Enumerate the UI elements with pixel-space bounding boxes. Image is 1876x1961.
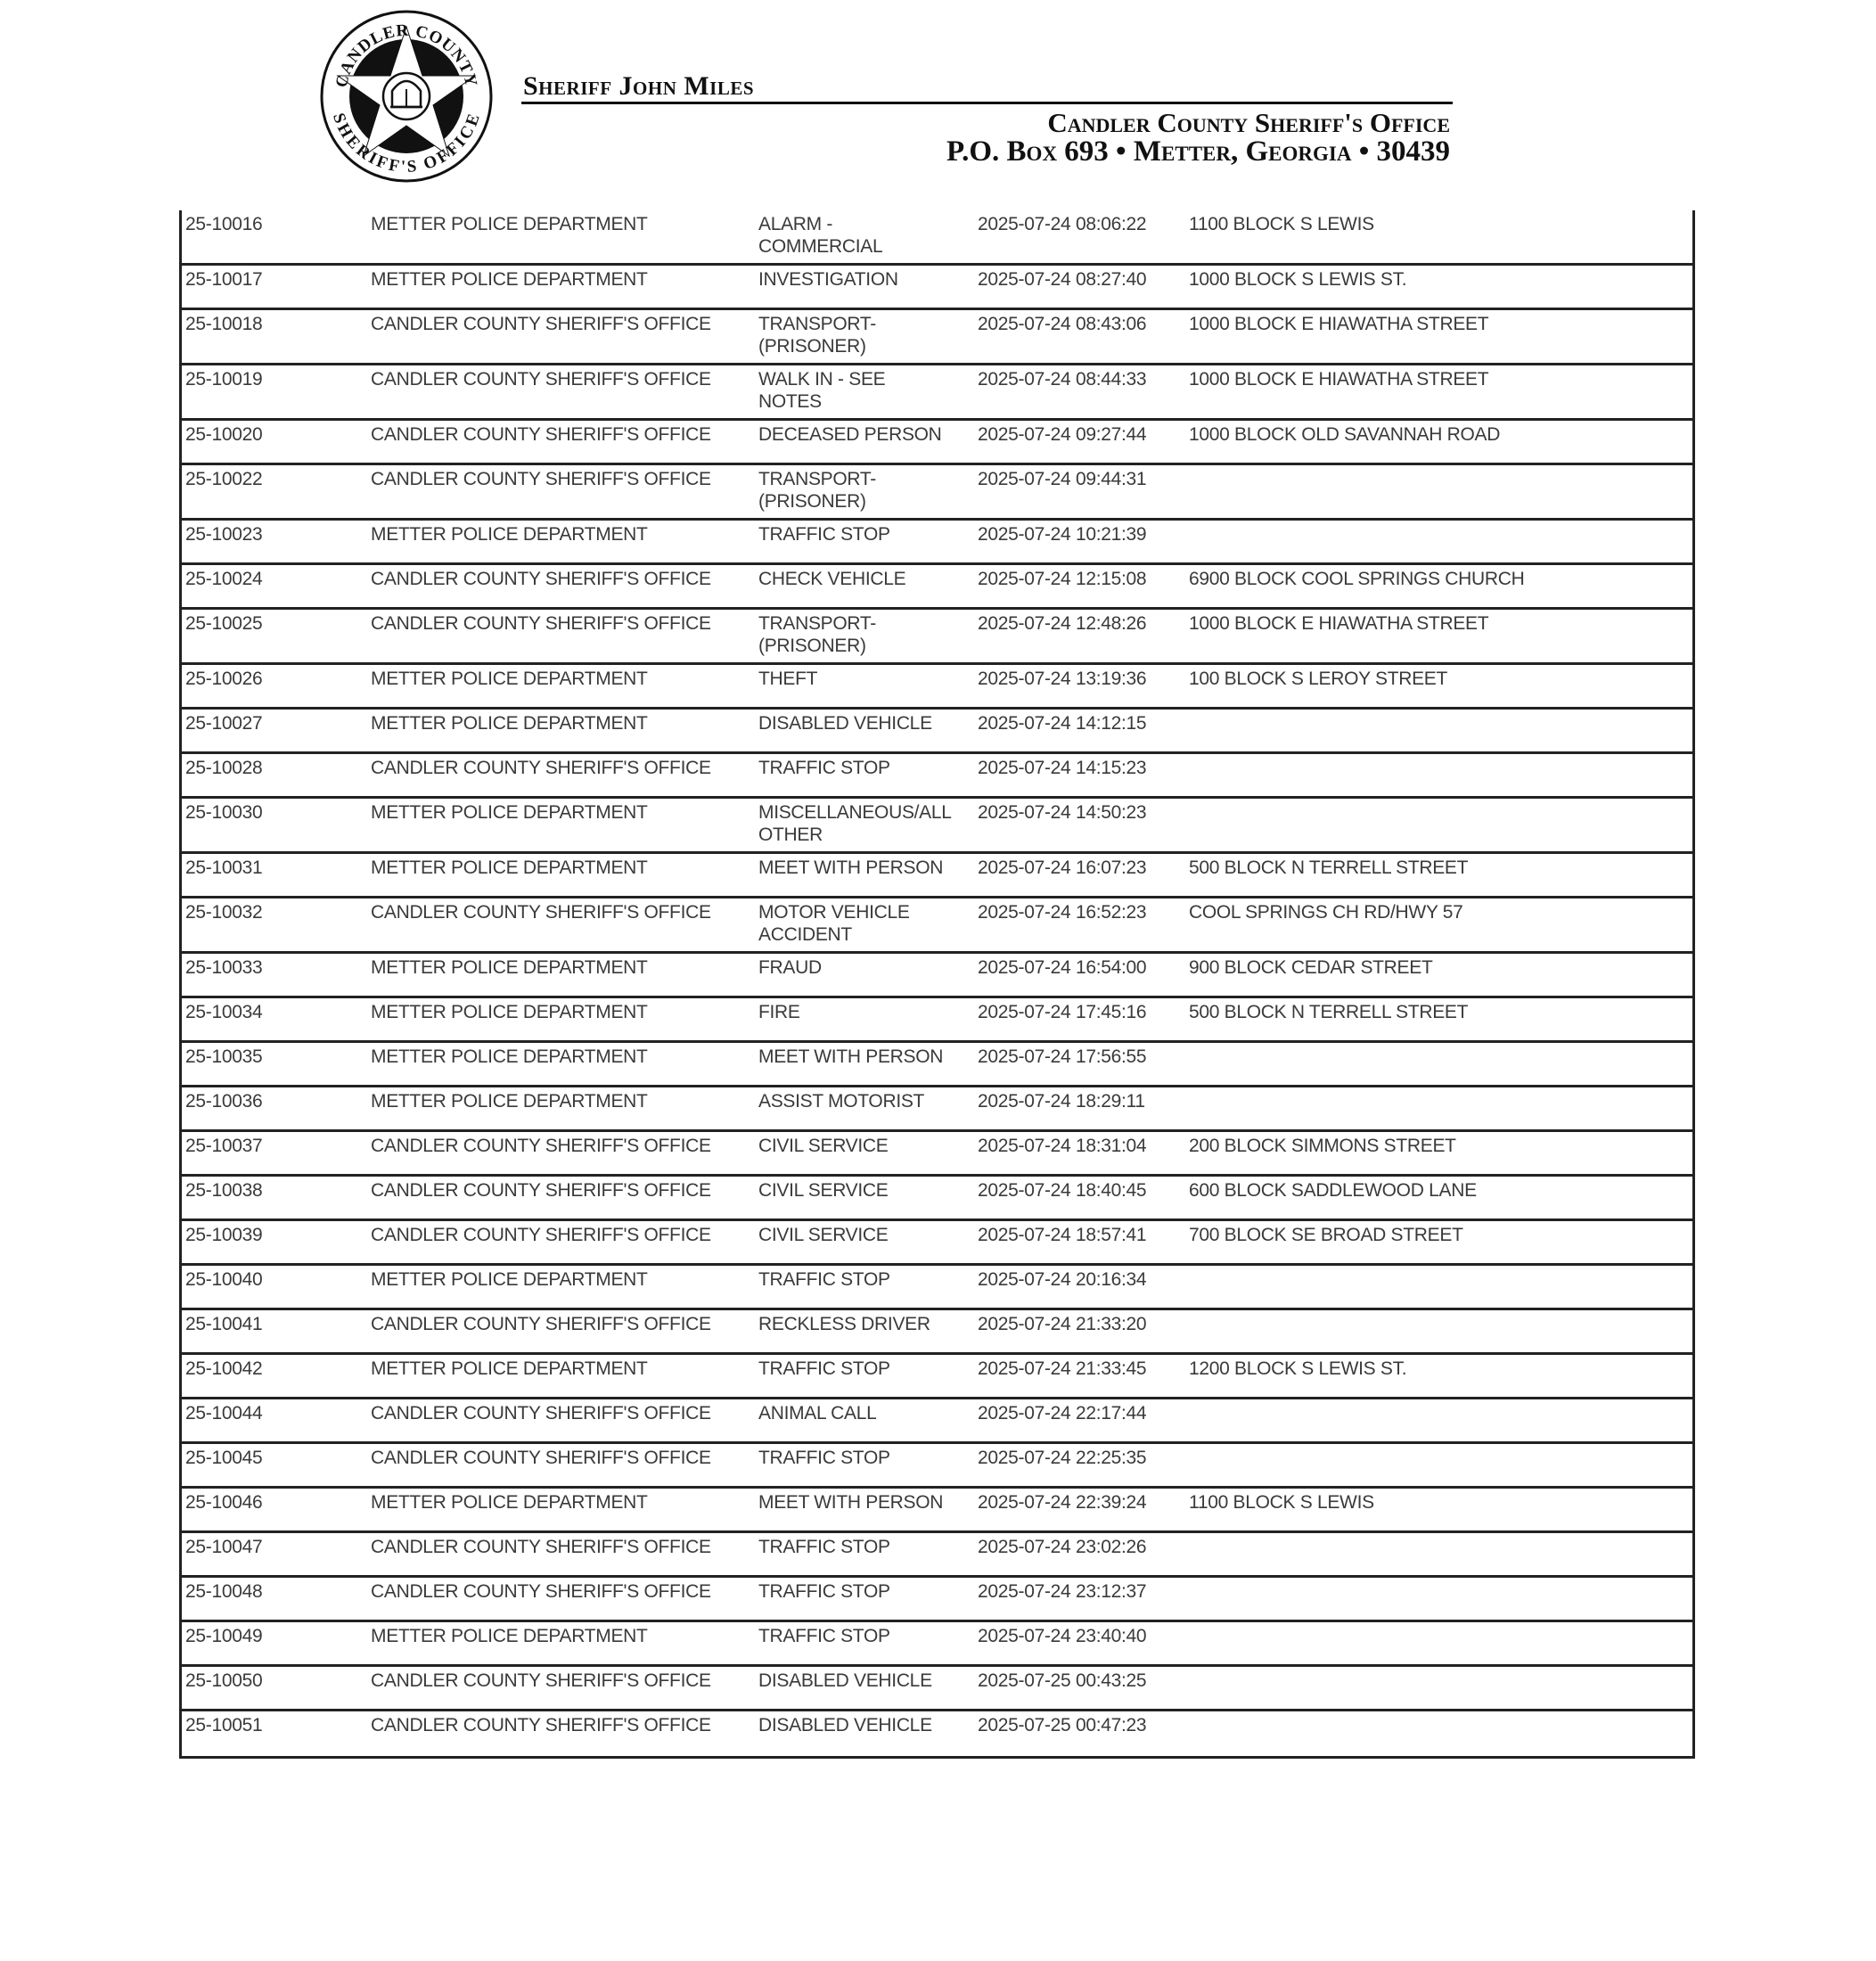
header-divider: [521, 102, 1453, 104]
call-datetime-cell: 2025-07-24 12:15:08: [978, 568, 1146, 590]
call-datetime-cell: 2025-07-24 10:21:39: [978, 523, 1146, 546]
agency-cell: METTER POLICE DEPARTMENT: [371, 268, 754, 291]
call-datetime-cell: 2025-07-24 14:15:23: [978, 757, 1146, 779]
incident-id-cell: 25-10051: [185, 1714, 262, 1736]
call-datetime-cell: 2025-07-24 14:50:23: [978, 801, 1146, 824]
call-datetime-cell: 2025-07-24 17:45:16: [978, 1001, 1146, 1023]
agency-cell: METTER POLICE DEPARTMENT: [371, 668, 754, 690]
address-cell: 1000 BLOCK OLD SAVANNAH ROAD: [1189, 423, 1500, 446]
table-row: 25-10048CANDLER COUNTY SHERIFF'S OFFICET…: [182, 1578, 1692, 1622]
address-cell: 500 BLOCK N TERRELL STREET: [1189, 1001, 1468, 1023]
incident-id-cell: 25-10045: [185, 1447, 262, 1469]
agency-cell: METTER POLICE DEPARTMENT: [371, 1625, 754, 1647]
agency-cell: CANDLER COUNTY SHERIFF'S OFFICE: [371, 1580, 754, 1603]
agency-cell: METTER POLICE DEPARTMENT: [371, 1358, 754, 1380]
agency-cell: CANDLER COUNTY SHERIFF'S OFFICE: [371, 1179, 754, 1202]
call-datetime-cell: 2025-07-24 09:44:31: [978, 468, 1146, 490]
agency-cell: CANDLER COUNTY SHERIFF'S OFFICE: [371, 1714, 754, 1736]
call-type-cell: ANIMAL CALL: [758, 1402, 972, 1424]
incident-id-cell: 25-10040: [185, 1268, 262, 1291]
table-row: 25-10022CANDLER COUNTY SHERIFF'S OFFICET…: [182, 465, 1692, 521]
table-row: 25-10039CANDLER COUNTY SHERIFF'S OFFICEC…: [182, 1221, 1692, 1266]
incident-table: 25-10016METTER POLICE DEPARTMENTALARM - …: [179, 210, 1695, 1759]
call-type-cell: TRANSPORT- (PRISONER): [758, 313, 972, 357]
call-datetime-cell: 2025-07-24 09:27:44: [978, 423, 1146, 446]
table-row: 25-10045CANDLER COUNTY SHERIFF'S OFFICET…: [182, 1444, 1692, 1489]
incident-id-cell: 25-10048: [185, 1580, 262, 1603]
call-type-cell: RECKLESS DRIVER: [758, 1313, 972, 1335]
call-datetime-cell: 2025-07-24 12:48:26: [978, 612, 1146, 635]
call-type-cell: MEET WITH PERSON: [758, 1491, 972, 1514]
call-datetime-cell: 2025-07-24 17:56:55: [978, 1046, 1146, 1068]
call-datetime-cell: 2025-07-24 21:33:20: [978, 1313, 1146, 1335]
call-type-cell: DECEASED PERSON: [758, 423, 972, 446]
incident-id-cell: 25-10041: [185, 1313, 262, 1335]
call-type-cell: TRANSPORT- (PRISONER): [758, 468, 972, 513]
call-datetime-cell: 2025-07-24 22:39:24: [978, 1491, 1146, 1514]
table-row: 25-10047CANDLER COUNTY SHERIFF'S OFFICET…: [182, 1533, 1692, 1578]
call-datetime-cell: 2025-07-24 22:25:35: [978, 1447, 1146, 1469]
call-type-cell: MEET WITH PERSON: [758, 857, 972, 879]
incident-id-cell: 25-10036: [185, 1090, 262, 1112]
call-datetime-cell: 2025-07-25 00:47:23: [978, 1714, 1146, 1736]
call-type-cell: CIVIL SERVICE: [758, 1135, 972, 1157]
call-datetime-cell: 2025-07-24 18:29:11: [978, 1090, 1145, 1112]
agency-cell: CANDLER COUNTY SHERIFF'S OFFICE: [371, 1402, 754, 1424]
agency-cell: CANDLER COUNTY SHERIFF'S OFFICE: [371, 1670, 754, 1692]
call-type-cell: TRANSPORT- (PRISONER): [758, 612, 972, 657]
table-row: 25-10033METTER POLICE DEPARTMENTFRAUD202…: [182, 954, 1692, 998]
table-row: 25-10018CANDLER COUNTY SHERIFF'S OFFICET…: [182, 310, 1692, 365]
call-datetime-cell: 2025-07-24 16:07:23: [978, 857, 1146, 879]
agency-cell: CANDLER COUNTY SHERIFF'S OFFICE: [371, 423, 754, 446]
address-cell: COOL SPRINGS CH RD/HWY 57: [1189, 901, 1463, 923]
table-row: 25-10032CANDLER COUNTY SHERIFF'S OFFICEM…: [182, 898, 1692, 954]
incident-id-cell: 25-10046: [185, 1491, 262, 1514]
agency-cell: CANDLER COUNTY SHERIFF'S OFFICE: [371, 1313, 754, 1335]
call-datetime-cell: 2025-07-24 23:40:40: [978, 1625, 1146, 1647]
agency-cell: CANDLER COUNTY SHERIFF'S OFFICE: [371, 568, 754, 590]
address-cell: 100 BLOCK S LEROY STREET: [1189, 668, 1447, 690]
agency-cell: METTER POLICE DEPARTMENT: [371, 523, 754, 546]
table-row: 25-10017METTER POLICE DEPARTMENTINVESTIG…: [182, 266, 1692, 310]
call-type-cell: TRAFFIC STOP: [758, 523, 972, 546]
incident-id-cell: 25-10030: [185, 801, 262, 824]
call-datetime-cell: 2025-07-24 16:52:23: [978, 901, 1146, 923]
incident-id-cell: 25-10023: [185, 523, 262, 546]
call-datetime-cell: 2025-07-24 22:17:44: [978, 1402, 1146, 1424]
call-type-cell: CHECK VEHICLE: [758, 568, 972, 590]
office-address: P.O. Box 693 • Metter, Georgia • 30439: [946, 135, 1450, 168]
table-row: 25-10050CANDLER COUNTY SHERIFF'S OFFICED…: [182, 1667, 1692, 1711]
incident-id-cell: 25-10034: [185, 1001, 262, 1023]
address-cell: 1000 BLOCK E HIAWATHA STREET: [1189, 368, 1488, 390]
table-row: 25-10044CANDLER COUNTY SHERIFF'S OFFICEA…: [182, 1399, 1692, 1444]
agency-cell: METTER POLICE DEPARTMENT: [371, 1046, 754, 1068]
call-type-cell: FIRE: [758, 1001, 972, 1023]
table-row: 25-10041CANDLER COUNTY SHERIFF'S OFFICER…: [182, 1310, 1692, 1355]
table-row: 25-10036METTER POLICE DEPARTMENTASSIST M…: [182, 1087, 1692, 1132]
table-row: 25-10026METTER POLICE DEPARTMENTTHEFT202…: [182, 665, 1692, 710]
call-type-cell: TRAFFIC STOP: [758, 1447, 972, 1469]
address-cell: 1000 BLOCK S LEWIS ST.: [1189, 268, 1406, 291]
sheriff-name: Sheriff John Miles: [523, 71, 754, 102]
agency-cell: CANDLER COUNTY SHERIFF'S OFFICE: [371, 757, 754, 779]
agency-cell: CANDLER COUNTY SHERIFF'S OFFICE: [371, 1536, 754, 1558]
call-type-cell: TRAFFIC STOP: [758, 1625, 972, 1647]
agency-cell: CANDLER COUNTY SHERIFF'S OFFICE: [371, 901, 754, 923]
agency-cell: METTER POLICE DEPARTMENT: [371, 1090, 754, 1112]
address-cell: 6900 BLOCK COOL SPRINGS CHURCH: [1189, 568, 1525, 590]
call-type-cell: TRAFFIC STOP: [758, 1268, 972, 1291]
table-row: 25-10028CANDLER COUNTY SHERIFF'S OFFICET…: [182, 754, 1692, 799]
incident-id-cell: 25-10050: [185, 1670, 262, 1692]
call-datetime-cell: 2025-07-24 18:40:45: [978, 1179, 1146, 1202]
call-type-cell: TRAFFIC STOP: [758, 1580, 972, 1603]
agency-cell: METTER POLICE DEPARTMENT: [371, 1268, 754, 1291]
table-row: 25-10031METTER POLICE DEPARTMENTMEET WIT…: [182, 854, 1692, 898]
call-type-cell: CIVIL SERVICE: [758, 1179, 972, 1202]
incident-id-cell: 25-10033: [185, 956, 262, 979]
incident-id-cell: 25-10017: [185, 268, 262, 291]
call-datetime-cell: 2025-07-24 08:06:22: [978, 213, 1146, 235]
incident-id-cell: 25-10047: [185, 1536, 262, 1558]
incident-id-cell: 25-10022: [185, 468, 262, 490]
call-type-cell: TRAFFIC STOP: [758, 1536, 972, 1558]
incident-id-cell: 25-10044: [185, 1402, 262, 1424]
agency-cell: CANDLER COUNTY SHERIFF'S OFFICE: [371, 368, 754, 390]
call-datetime-cell: 2025-07-24 23:02:26: [978, 1536, 1146, 1558]
incident-id-cell: 25-10042: [185, 1358, 262, 1380]
incident-id-cell: 25-10018: [185, 313, 262, 335]
call-type-cell: ALARM - COMMERCIAL: [758, 213, 972, 258]
table-row: 25-10035METTER POLICE DEPARTMENTMEET WIT…: [182, 1043, 1692, 1087]
address-cell: 500 BLOCK N TERRELL STREET: [1189, 857, 1468, 879]
call-datetime-cell: 2025-07-24 08:44:33: [978, 368, 1146, 390]
address-cell: 900 BLOCK CEDAR STREET: [1189, 956, 1433, 979]
incident-id-cell: 25-10027: [185, 712, 262, 734]
table-row: 25-10027METTER POLICE DEPARTMENTDISABLED…: [182, 710, 1692, 754]
agency-cell: METTER POLICE DEPARTMENT: [371, 712, 754, 734]
call-type-cell: CIVIL SERVICE: [758, 1224, 972, 1246]
table-row: 25-10037CANDLER COUNTY SHERIFF'S OFFICEC…: [182, 1132, 1692, 1177]
incident-id-cell: 25-10031: [185, 857, 262, 879]
incident-id-cell: 25-10037: [185, 1135, 262, 1157]
call-type-cell: INVESTIGATION: [758, 268, 972, 291]
table-row: 25-10030METTER POLICE DEPARTMENTMISCELLA…: [182, 799, 1692, 854]
call-type-cell: DISABLED VEHICLE: [758, 1714, 972, 1736]
incident-id-cell: 25-10026: [185, 668, 262, 690]
table-row: 25-10023METTER POLICE DEPARTMENTTRAFFIC …: [182, 521, 1692, 565]
call-datetime-cell: 2025-07-24 13:19:36: [978, 668, 1146, 690]
incident-id-cell: 25-10032: [185, 901, 262, 923]
incident-id-cell: 25-10024: [185, 568, 262, 590]
agency-cell: METTER POLICE DEPARTMENT: [371, 857, 754, 879]
address-cell: 1000 BLOCK E HIAWATHA STREET: [1189, 612, 1488, 635]
incident-id-cell: 25-10016: [185, 213, 262, 235]
table-row: 25-10042METTER POLICE DEPARTMENTTRAFFIC …: [182, 1355, 1692, 1399]
incident-id-cell: 25-10020: [185, 423, 262, 446]
call-type-cell: TRAFFIC STOP: [758, 757, 972, 779]
agency-cell: CANDLER COUNTY SHERIFF'S OFFICE: [371, 468, 754, 490]
call-type-cell: TRAFFIC STOP: [758, 1358, 972, 1380]
call-type-cell: DISABLED VEHICLE: [758, 1670, 972, 1692]
call-type-cell: MEET WITH PERSON: [758, 1046, 972, 1068]
agency-cell: CANDLER COUNTY SHERIFF'S OFFICE: [371, 1224, 754, 1246]
incident-id-cell: 25-10035: [185, 1046, 262, 1068]
table-row: 25-10051CANDLER COUNTY SHERIFF'S OFFICED…: [182, 1711, 1692, 1756]
address-cell: 600 BLOCK SADDLEWOOD LANE: [1189, 1179, 1477, 1202]
agency-cell: METTER POLICE DEPARTMENT: [371, 1491, 754, 1514]
table-row: 25-10024CANDLER COUNTY SHERIFF'S OFFICEC…: [182, 565, 1692, 610]
call-datetime-cell: 2025-07-24 08:27:40: [978, 268, 1146, 291]
sheriff-star-badge-icon: CANDLER COUNTY SHERIFF'S OFFICE: [319, 9, 494, 184]
call-type-cell: WALK IN - SEE NOTES: [758, 368, 972, 413]
call-type-cell: ASSIST MOTORIST: [758, 1090, 972, 1112]
agency-cell: CANDLER COUNTY SHERIFF'S OFFICE: [371, 1447, 754, 1469]
table-row: 25-10034METTER POLICE DEPARTMENTFIRE2025…: [182, 998, 1692, 1043]
table-row: 25-10016METTER POLICE DEPARTMENTALARM - …: [182, 210, 1692, 266]
incident-id-cell: 25-10028: [185, 757, 262, 779]
incident-id-cell: 25-10038: [185, 1179, 262, 1202]
call-datetime-cell: 2025-07-24 20:16:34: [978, 1268, 1146, 1291]
table-row: 25-10019CANDLER COUNTY SHERIFF'S OFFICEW…: [182, 365, 1692, 421]
table-row: 25-10049METTER POLICE DEPARTMENTTRAFFIC …: [182, 1622, 1692, 1667]
table-row: 25-10038CANDLER COUNTY SHERIFF'S OFFICEC…: [182, 1177, 1692, 1221]
call-type-cell: DISABLED VEHICLE: [758, 712, 972, 734]
address-cell: 200 BLOCK SIMMONS STREET: [1189, 1135, 1456, 1157]
agency-cell: METTER POLICE DEPARTMENT: [371, 956, 754, 979]
call-type-cell: THEFT: [758, 668, 972, 690]
call-type-cell: FRAUD: [758, 956, 972, 979]
address-cell: 1100 BLOCK S LEWIS: [1189, 1491, 1374, 1514]
incident-id-cell: 25-10025: [185, 612, 262, 635]
incident-id-cell: 25-10039: [185, 1224, 262, 1246]
call-datetime-cell: 2025-07-24 16:54:00: [978, 956, 1146, 979]
agency-cell: METTER POLICE DEPARTMENT: [371, 801, 754, 824]
call-datetime-cell: 2025-07-24 21:33:45: [978, 1358, 1146, 1380]
agency-cell: CANDLER COUNTY SHERIFF'S OFFICE: [371, 612, 754, 635]
call-datetime-cell: 2025-07-24 18:31:04: [978, 1135, 1146, 1157]
agency-cell: METTER POLICE DEPARTMENT: [371, 213, 754, 235]
table-row: 25-10025CANDLER COUNTY SHERIFF'S OFFICET…: [182, 610, 1692, 665]
call-type-cell: MISCELLANEOUS/ALL OTHER: [758, 801, 972, 846]
address-cell: 1000 BLOCK E HIAWATHA STREET: [1189, 313, 1488, 335]
address-cell: 1200 BLOCK S LEWIS ST.: [1189, 1358, 1406, 1380]
call-datetime-cell: 2025-07-24 08:43:06: [978, 313, 1146, 335]
call-datetime-cell: 2025-07-24 23:12:37: [978, 1580, 1146, 1603]
call-datetime-cell: 2025-07-24 14:12:15: [978, 712, 1146, 734]
office-name: Candler County Sheriff's Office: [1047, 107, 1450, 139]
table-row: 25-10020CANDLER COUNTY SHERIFF'S OFFICED…: [182, 421, 1692, 465]
table-row: 25-10040METTER POLICE DEPARTMENTTRAFFIC …: [182, 1266, 1692, 1310]
agency-cell: METTER POLICE DEPARTMENT: [371, 1001, 754, 1023]
call-type-cell: MOTOR VEHICLE ACCIDENT: [758, 901, 972, 946]
address-cell: 1100 BLOCK S LEWIS: [1189, 213, 1374, 235]
agency-cell: CANDLER COUNTY SHERIFF'S OFFICE: [371, 313, 754, 335]
agency-cell: CANDLER COUNTY SHERIFF'S OFFICE: [371, 1135, 754, 1157]
call-datetime-cell: 2025-07-24 18:57:41: [978, 1224, 1146, 1246]
incident-id-cell: 25-10049: [185, 1625, 262, 1647]
address-cell: 700 BLOCK SE BROAD STREET: [1189, 1224, 1463, 1246]
incident-id-cell: 25-10019: [185, 368, 262, 390]
table-row: 25-10046METTER POLICE DEPARTMENTMEET WIT…: [182, 1489, 1692, 1533]
call-datetime-cell: 2025-07-25 00:43:25: [978, 1670, 1146, 1692]
